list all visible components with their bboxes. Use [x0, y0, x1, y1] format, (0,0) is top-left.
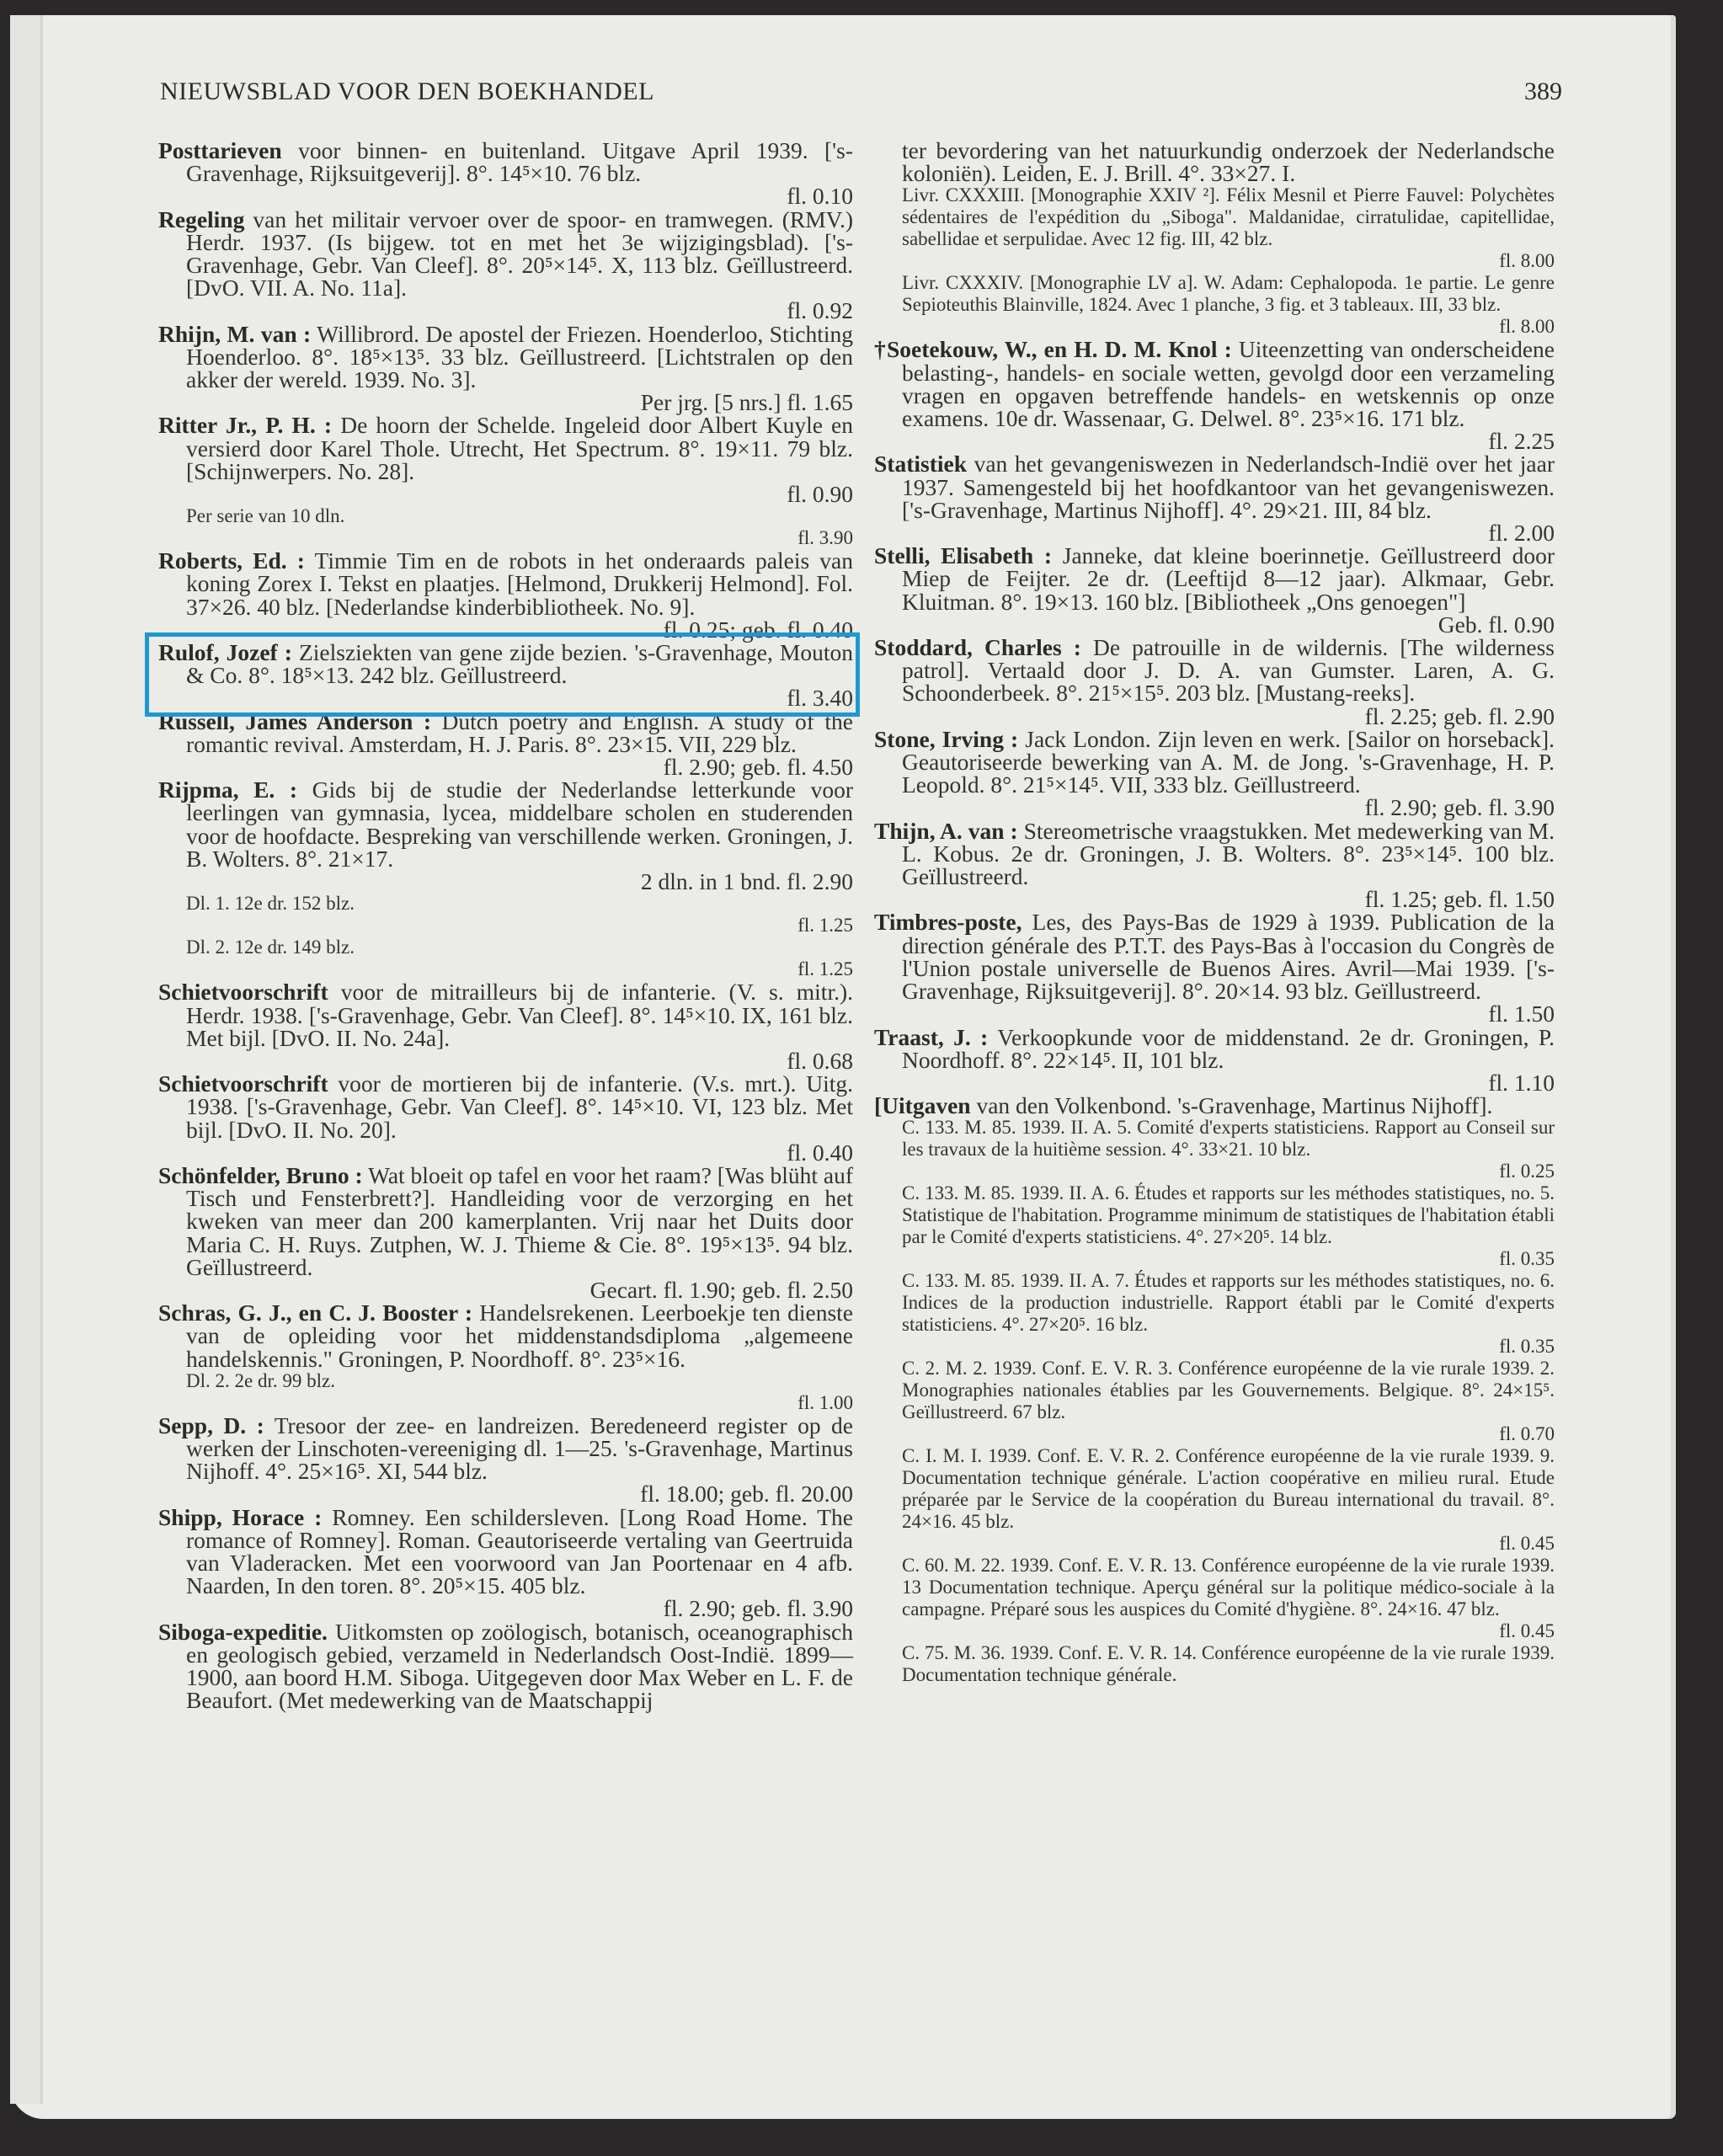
entry-description: voor binnen- en buitenland. Uitgave Apri… [186, 137, 853, 186]
sub-entry-description: C. 133. M. 85. 1939. II. A. 7. Études et… [902, 1270, 1555, 1335]
entry-price: fl. 0.92 [186, 299, 853, 322]
entry-description: van het gevangeniswezen in Nederlandsch-… [902, 451, 1555, 522]
entry-description: van het militair vervoer over de spoor- … [186, 206, 853, 302]
bibliography-entry: Ritter Jr., P. H. : De hoorn der Schelde… [158, 414, 853, 505]
sub-entry: C. 133. M. 85. 1939. II. A. 5. Comité d'… [874, 1117, 1555, 1182]
entry-heading: [Uitgaven [874, 1092, 971, 1118]
bibliography-entry: Statistiek van het gevangeniswezen in Ne… [874, 452, 1555, 544]
bibliography-entry: Schietvoorschrift voor de mitrailleurs b… [158, 980, 853, 1072]
entry-price: fl. 2.90; geb. fl. 3.90 [902, 796, 1555, 819]
sub-entry: Dl. 2. 2e dr. 99 blz.fl. 1.00 [158, 1370, 853, 1414]
entry-price: fl. 0.10 [186, 184, 853, 207]
bibliography-entry: Schietvoorschrift voor de mortieren bij … [158, 1072, 853, 1164]
sub-entry-description: Livr. CXXXIV. [Monographie LV a]. W. Ada… [902, 272, 1555, 315]
sub-entry-price: fl. 0.70 [902, 1423, 1555, 1445]
sub-entry: Per serie van 10 dln.fl. 3.90 [158, 505, 853, 549]
sub-entry-description: C. 60. M. 22. 1939. Conf. E. V. R. 13. C… [902, 1555, 1555, 1620]
sub-entry-price: fl. 1.00 [186, 1392, 853, 1414]
sub-entry-price: fl. 0.45 [902, 1620, 1555, 1642]
sub-entry-price: fl. 1.25 [186, 958, 853, 980]
entry-price: fl. 0.90 [186, 483, 853, 505]
entry-price: fl. 2.90; geb. fl. 4.50 [186, 755, 853, 778]
entry-price: fl. 2.00 [902, 521, 1555, 544]
page-gutter [10, 15, 43, 2104]
sub-entry-description: Livr. CXXXIII. [Monographie XXIV ²]. Fél… [902, 184, 1555, 249]
bibliography-entry: Sepp, D. : Tresoor der zee- en landreize… [158, 1414, 853, 1506]
sub-entry-description: Per serie van 10 dln. [186, 505, 344, 526]
right-column: ter bevordering van het natuurkundig ond… [874, 139, 1555, 1686]
bibliography-entry: Regeling van het militair vervoer over d… [158, 208, 853, 323]
entry-price: Per jrg. [5 nrs.] fl. 1.65 [186, 391, 853, 414]
bibliography-entry: †Soetekouw, W., en H. D. M. Knol : Uitee… [874, 338, 1555, 452]
bibliography-entry: Russell, James Anderson : Dutch poetry a… [158, 710, 853, 779]
bibliography-entry: Shipp, Horace : Romney. Een schilderslev… [158, 1506, 853, 1620]
sub-entry-description: C. 133. M. 85. 1939. II. A. 6. Études et… [902, 1182, 1555, 1247]
sub-entry: C. 2. M. 2. 1939. Conf. E. V. R. 3. Conf… [874, 1358, 1555, 1445]
page-number: 389 [1524, 77, 1562, 106]
bibliography-entry: Timbres-poste, Les, des Pays-Bas de 1929… [874, 910, 1555, 1025]
sub-entry-description: C. 2. M. 2. 1939. Conf. E. V. R. 3. Conf… [902, 1358, 1555, 1422]
entry-price: fl. 2.90; geb. fl. 3.90 [186, 1597, 853, 1620]
entry-price: fl. 1.10 [902, 1071, 1555, 1094]
sub-entry-price: fl. 3.90 [186, 527, 853, 549]
entry-description: Tresoor der zee- en landreizen. Beredene… [186, 1412, 853, 1484]
entry-description: Verkoopkunde voor de middenstand. 2e dr.… [902, 1024, 1555, 1073]
page-header: NIEUWSBLAD VOOR DEN BOEKHANDEL 389 [160, 77, 1592, 120]
bibliography-entry: Thijn, A. van : Stereometrische vraagstu… [874, 819, 1555, 911]
sub-entry-price: fl. 8.00 [902, 250, 1555, 272]
sub-entry-price: fl. 8.00 [902, 316, 1555, 338]
bibliography-entry: Roberts, Ed. : Timmie Tim en de robots i… [158, 549, 853, 641]
bibliography-entry: Rijpma, E. : Gids bij de studie der Nede… [158, 778, 853, 893]
entry-price: fl. 1.50 [902, 1002, 1555, 1025]
bibliography-entry: Siboga-expeditie. Uitkomsten op zoölogis… [158, 1620, 853, 1712]
sub-entry-description: Dl. 2. 2e dr. 99 blz. [186, 1370, 335, 1391]
sub-entry: Dl. 1. 12e dr. 152 blz.fl. 1.25 [158, 893, 853, 937]
sub-entry-description: C. 133. M. 85. 1939. II. A. 5. Comité d'… [902, 1117, 1555, 1160]
entry-highlighted: Rulof, Jozef : Zielsziekten van gene zij… [158, 641, 853, 710]
sub-entry-price: fl. 0.25 [902, 1161, 1555, 1182]
bibliography-entry: Stoddard, Charles : De patrouille in de … [874, 636, 1555, 728]
bibliography-entry: Rhijn, M. van : Willibrord. De apostel d… [158, 323, 853, 414]
entry-price: fl. 1.25; geb. fl. 1.50 [902, 888, 1555, 910]
entry-price: fl. 0.40 [186, 1141, 853, 1164]
sub-entry-price: fl. 0.35 [902, 1248, 1555, 1270]
bibliography-entry: Schönfelder, Bruno : Wat bloeit op tafel… [158, 1164, 853, 1301]
entry-price: fl. 2.25; geb. fl. 2.90 [902, 705, 1555, 728]
sub-entry-price: fl. 0.35 [902, 1336, 1555, 1358]
bibliography-entry: Stone, Irving : Jack London. Zijn leven … [874, 728, 1555, 819]
sub-entry-price: fl. 1.25 [186, 915, 853, 937]
sub-entry: Livr. CXXXIV. [Monographie LV a]. W. Ada… [874, 272, 1555, 338]
left-column: Posttarieven voor binnen- en buitenland.… [158, 139, 853, 1711]
sub-entry-description: C. 75. M. 36. 1939. Conf. E. V. R. 14. C… [902, 1642, 1555, 1685]
sub-entry-description: Dl. 1. 12e dr. 152 blz. [186, 893, 355, 914]
sub-entry: C. I. M. I. 1939. Conf. E. V. R. 2. Conf… [874, 1445, 1555, 1555]
sub-entry-description: Dl. 2. 12e dr. 149 blz. [186, 937, 355, 958]
bibliography-entry: Schras, G. J., en C. J. Booster : Handel… [158, 1301, 853, 1370]
entry-price: fl. 18.00; geb. fl. 20.00 [186, 1482, 853, 1505]
bibliography-entry: Traast, J. : Verkoopkunde voor de midden… [874, 1026, 1555, 1095]
entry-description: van den Volkenbond. 's-Gravenhage, Marti… [971, 1092, 1493, 1118]
sub-entry-price: fl. 0.45 [902, 1533, 1555, 1555]
entry-price: fl. 0.25; geb. fl. 0.40 [186, 618, 853, 641]
sub-entry: Dl. 2. 12e dr. 149 blz.fl. 1.25 [158, 937, 853, 980]
entry-description: ter bevordering van het natuurkundig ond… [902, 137, 1555, 186]
bibliography-entry: [Uitgaven van den Volkenbond. 's-Gravenh… [874, 1094, 1555, 1117]
entry-price: Geb. fl. 0.90 [902, 613, 1555, 636]
bibliography-entry: Stelli, Elisabeth : Janneke, dat kleine … [874, 544, 1555, 636]
bibliography-entry: Posttarieven voor binnen- en buitenland.… [158, 139, 853, 208]
entry-price: fl. 3.40 [186, 686, 853, 709]
sub-entry-description: C. I. M. I. 1939. Conf. E. V. R. 2. Conf… [902, 1445, 1555, 1532]
sub-entry: C. 133. M. 85. 1939. II. A. 6. Études et… [874, 1182, 1555, 1270]
entry-price: fl. 0.68 [186, 1049, 853, 1072]
entry-price: 2 dln. in 1 bnd. fl. 2.90 [186, 870, 853, 893]
running-title: NIEUWSBLAD VOOR DEN BOEKHANDEL [160, 77, 654, 106]
entry-price: fl. 2.25 [902, 430, 1555, 452]
sub-entry: C. 75. M. 36. 1939. Conf. E. V. R. 14. C… [874, 1642, 1555, 1686]
bibliography-entry: ter bevordering van het natuurkundig ond… [874, 139, 1555, 184]
entry-price: Gecart. fl. 1.90; geb. fl. 2.50 [186, 1278, 853, 1301]
sub-entry: C. 133. M. 85. 1939. II. A. 7. Études et… [874, 1270, 1555, 1358]
sub-entry: Livr. CXXXIII. [Monographie XXIV ²]. Fél… [874, 184, 1555, 272]
sub-entry: C. 60. M. 22. 1939. Conf. E. V. R. 13. C… [874, 1555, 1555, 1642]
